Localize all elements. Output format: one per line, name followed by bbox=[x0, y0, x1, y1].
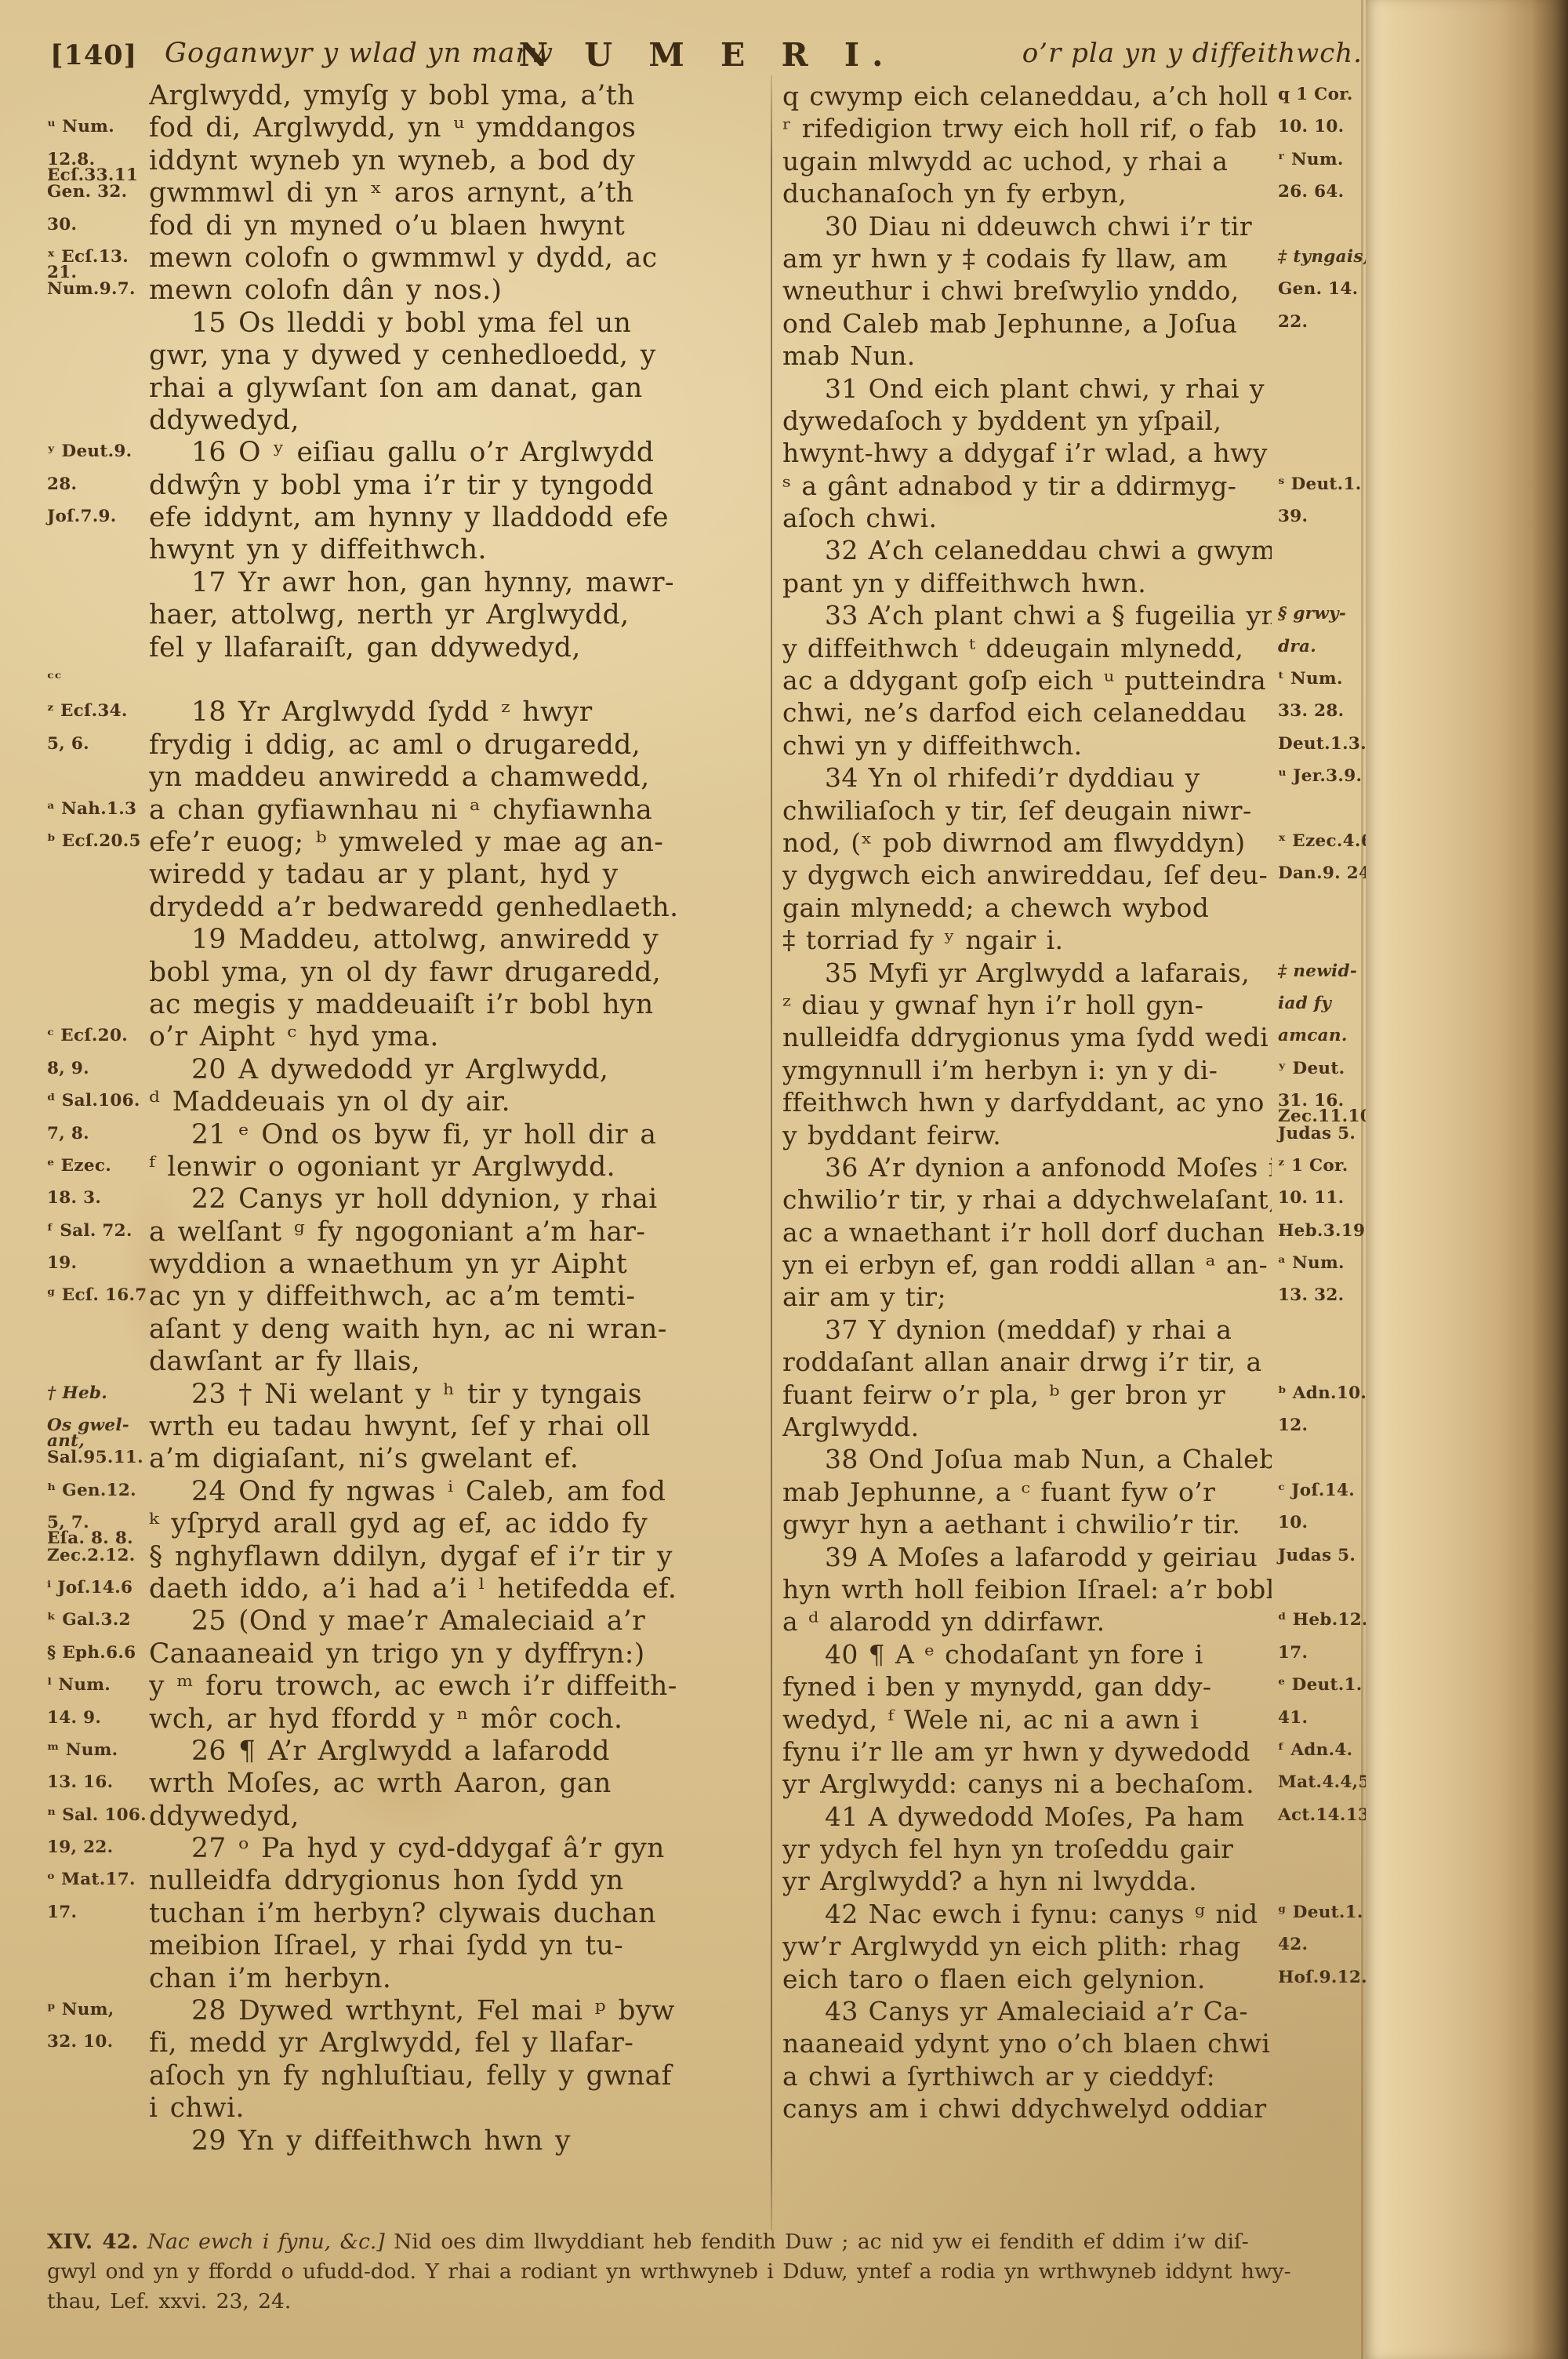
verse-text: daeth iddo, a’i had a’i ˡ hetifedda ef. bbox=[149, 1573, 760, 1605]
next-page-text-fragment bbox=[1366, 1925, 1568, 2088]
margin-note bbox=[1272, 2027, 1375, 2059]
verse-text: 36 A’r dynion a anfonodd Moſes i bbox=[782, 1151, 1272, 1183]
next-page-text-fragment bbox=[1366, 561, 1568, 725]
next-page-text-fragment bbox=[1366, 0, 1568, 135]
text-line: § grwy- 33 A’ch plant chwi a § fugeilia … bbox=[782, 599, 1375, 631]
next-page-text-fragment bbox=[1366, 1408, 1568, 1572]
text-line: ᵘ Num. fod di, Arglwydd, yn ᵘ ymddangos bbox=[47, 112, 760, 144]
margin-note: ᵃ Nah.1.3 bbox=[47, 794, 149, 827]
text-line: 33. 28. chwi, ne’s darfod eich celanedda… bbox=[782, 696, 1375, 729]
text-line: 7, 8. 21 ᵉ Ond os byw fi, yr holl dir a bbox=[47, 1119, 760, 1151]
margin-note: 33. 28. bbox=[1272, 696, 1375, 729]
text-line: ddywedyd, bbox=[47, 405, 760, 437]
text-line: ʸ Deut.9. 16 O ʸ eiſiau gallu o’r Arglwy… bbox=[47, 437, 760, 469]
text-line: ˢ Deut.1. ˢ a gânt adnabod y tir a ddirm… bbox=[782, 470, 1375, 502]
margin-note: 12. bbox=[1272, 1411, 1375, 1443]
margin-note: iad fy bbox=[1272, 989, 1375, 1021]
verse-text: naaneaid ydynt yno o’ch blaen chwi, bbox=[782, 2027, 1272, 2059]
verse-text: yr ydych fel hyn yn troſeddu gair bbox=[782, 1833, 1272, 1865]
next-page-text-fragment bbox=[1366, 1114, 1568, 1278]
margin-note: ᵃ Num. bbox=[1272, 1249, 1375, 1281]
text-line: ᵐ Num. 26 ¶ A’r Arglwydd a lafarodd bbox=[47, 1736, 760, 1768]
verse-text: 18 Yr Arglwydd ſydd ᶻ hwyr bbox=[149, 696, 760, 729]
verse-text: rhai a glywſant ſon am danat, gan bbox=[149, 373, 760, 405]
next-page-text-fragment bbox=[1366, 782, 1568, 946]
next-page-text-fragment bbox=[1366, 8, 1568, 172]
margin-note: ᵉ Deut.1. bbox=[1272, 1670, 1375, 1703]
next-page-text-fragment bbox=[1366, 856, 1568, 1020]
verse-text: wedyd, ᶠ Wele ni, ac ni a awn i bbox=[782, 1703, 1272, 1736]
verse-text: ffeithwch hwn y darfyddant, ac yno bbox=[782, 1086, 1272, 1118]
text-line: § Eph.6.6 Canaaneaid yn trigo yn y dyffr… bbox=[47, 1638, 760, 1670]
margin-note: 41. bbox=[1272, 1703, 1375, 1736]
text-line: 30 Diau ni ddeuwch chwi i’r tir bbox=[782, 210, 1375, 242]
margin-note bbox=[1272, 405, 1375, 437]
margin-note: † Heb. bbox=[47, 1379, 149, 1411]
text-line: 22. ond Caleb mab Jephunne, a Joſua bbox=[782, 307, 1375, 340]
next-page-text-fragment bbox=[1366, 671, 1568, 835]
verse-text: 29 Yn y diffeithwch hwn y bbox=[149, 2125, 760, 2157]
text-line: ᶻ Ecſ.34. 18 Yr Arglwydd ſydd ᶻ hwyr bbox=[47, 696, 760, 729]
footnote-line: thau, Lef. xxvi. 23, 24. bbox=[47, 2287, 1374, 2317]
footnote-text: Nid oes dim llwyddiant heb fendith Duw ;… bbox=[394, 2230, 1249, 2254]
text-line: ‡ newid- 35 Myfi yr Arglwydd a lafarais, bbox=[782, 957, 1375, 989]
text-line: hyn wrth holl feibion Iſrael: a’r bobl bbox=[782, 1573, 1375, 1605]
margin-note bbox=[1272, 1314, 1375, 1346]
next-page-text-fragment bbox=[1366, 966, 1568, 1130]
verse-text: 16 O ʸ eiſiau gallu o’r Arglwydd bbox=[149, 437, 760, 469]
verse-text: § nghyflawn ddilyn, dygaf ef i’r tir y bbox=[149, 1541, 760, 1573]
margin-note: 22. bbox=[1272, 307, 1375, 340]
margin-note: § grwy- bbox=[1272, 599, 1375, 631]
verse-text: 15 Os lleddi y bobl yma fel un bbox=[149, 307, 760, 340]
verse-text: ond Caleb mab Jephunne, a Joſua bbox=[782, 307, 1272, 340]
margin-note bbox=[47, 859, 149, 891]
verse-text: 37 Y dynion (meddaf) y rhai a bbox=[782, 1314, 1272, 1346]
next-page-text-fragment bbox=[1366, 229, 1568, 393]
next-page-text-fragment bbox=[1366, 1003, 1568, 1167]
verse-text: wrth Moſes, ac wrth Aaron, gan bbox=[149, 1768, 760, 1800]
text-line: naaneaid ydynt yno o’ch blaen chwi, bbox=[782, 2027, 1375, 2059]
next-page-text-fragment bbox=[1366, 745, 1568, 909]
text-line: ᵃ Num. yn ei erbyn ef, gan roddi allan ᵃ… bbox=[782, 1249, 1375, 1281]
text-line: yn maddeu anwiredd a chamwedd, bbox=[47, 761, 760, 794]
verse-text: 30 Diau ni ddeuwch chwi i’r tir bbox=[782, 210, 1272, 242]
commentary-footnote: XIV. 42. Nac ewch i fynu, &c.] Nid oes d… bbox=[47, 2227, 1374, 2317]
text-line: Arglwydd, ymyſg y bobl yma, a’th bbox=[47, 80, 760, 112]
margin-note: 31. 16. Zec.11.10 bbox=[1272, 1086, 1375, 1118]
footnote-reference: XIV. 42. bbox=[47, 2230, 138, 2254]
verse-text: yn ei erbyn ef, gan roddi allan ᵃ an- bbox=[782, 1249, 1272, 1281]
margin-note: ᶜᶜ bbox=[47, 664, 149, 696]
verse-text: 34 Yn ol rhifedi’r dyddiau y bbox=[782, 761, 1272, 794]
verse-text: efe’r euog; ᵇ ymweled y mae ag an- bbox=[149, 827, 760, 859]
verse-text: bobl yma, yn ol dy fawr drugaredd, bbox=[149, 957, 760, 989]
margin-note bbox=[1272, 924, 1375, 956]
verse-text: mab Nun. bbox=[782, 340, 1272, 372]
margin-note: ᵖ Num, bbox=[47, 1995, 149, 2027]
verse-text bbox=[149, 664, 760, 696]
text-line: 14. 9. wch, ar hyd ffordd y ⁿ môr coch. bbox=[47, 1703, 760, 1736]
text-line: ᵉ Ezec. ᶠ lenwir o ogoniant yr Arglwydd. bbox=[47, 1151, 760, 1183]
verse-text: yn maddeu anwiredd a chamwedd, bbox=[149, 761, 760, 794]
margin-note bbox=[47, 599, 149, 631]
verse-text: 38 Ond Joſua mab Nun, a Chaleb bbox=[782, 1443, 1272, 1475]
margin-note bbox=[47, 567, 149, 599]
next-page-text-fragment bbox=[1366, 303, 1568, 467]
verse-text: efe iddynt, am hynny y lladdodd efe bbox=[149, 502, 760, 534]
margin-note: ᶜ Ecſ.20. bbox=[47, 1021, 149, 1053]
text-line: aſant y deng waith hyn, ac ni wran- bbox=[47, 1314, 760, 1346]
margin-note: ʳ Num. bbox=[1272, 145, 1375, 177]
margin-note: ᵘ Jer.3.9. bbox=[1272, 761, 1375, 794]
margin-note: ᵇ Ecſ.20.5 bbox=[47, 827, 149, 859]
text-line: ʳ Num. ugain mlwydd ac uchod, y rhai a bbox=[782, 145, 1375, 177]
next-page-text-fragment bbox=[1366, 1556, 1568, 1720]
verse-text: ᶠ lenwir o ogoniant yr Arglwydd. bbox=[149, 1151, 760, 1183]
text-line: ac megis y maddeuaiſt i’r bobl hyn bbox=[47, 989, 760, 1021]
text-line: Sal.95.11. a’m digiaſant, ni’s gwelant e… bbox=[47, 1443, 760, 1475]
next-page-text-fragment bbox=[1366, 155, 1568, 319]
margin-note bbox=[47, 761, 149, 794]
margin-note bbox=[1272, 1573, 1375, 1605]
next-page-text-fragment bbox=[1366, 266, 1568, 430]
next-page-text-fragment bbox=[1366, 1814, 1568, 1978]
margin-note: ᵈ Heb.12. bbox=[1272, 1605, 1375, 1637]
margin-note: 10. bbox=[1272, 1508, 1375, 1540]
text-line: 5, 7. Eſa. 8. 8. ᵏ yſpryd arall gyd ag e… bbox=[47, 1508, 760, 1540]
verse-text: q cwymp eich celaneddau, a’ch holl bbox=[782, 80, 1272, 112]
next-page-text-fragment bbox=[1366, 1961, 1568, 2125]
margin-note: ᵒ Mat.17. bbox=[47, 1865, 149, 1897]
verse-text: dawſant ar fy llais, bbox=[149, 1346, 760, 1378]
verse-text: chwilio’r tir, y rhai a ddychwelaſant, bbox=[782, 1183, 1272, 1216]
text-line: ˣ Ezec.4.6 nod, (ˣ pob diwrnod am flwydd… bbox=[782, 827, 1375, 859]
text-line: ᵒ Mat.17. nulleidfa ddrygionus hon ſydd … bbox=[47, 1865, 760, 1897]
margin-note: ᵗ Num. bbox=[1272, 664, 1375, 696]
next-page-text-fragment bbox=[1366, 0, 1568, 24]
margin-note: 5, 6. bbox=[47, 729, 149, 761]
text-line: hwynt yn y diffeithwch. bbox=[47, 534, 760, 566]
margin-note: 7, 8. bbox=[47, 1119, 149, 1151]
margin-note: 32. 10. bbox=[47, 2027, 149, 2059]
margin-note bbox=[47, 957, 149, 989]
verse-text: yr Arglwydd: canys ni a bechaſom. bbox=[782, 1768, 1272, 1800]
text-line: ᵇ Adn.10. fuant feirw o’r pla, ᵇ ger bro… bbox=[782, 1379, 1375, 1411]
verse-text: ‡ torriad fy ʸ ngair i. bbox=[782, 924, 1272, 956]
text-line: ᶻ 1 Cor. 36 A’r dynion a anfonodd Moſes … bbox=[782, 1151, 1375, 1183]
text-line: † Heb. 23 † Ni welant y ʰ tir y tyngais bbox=[47, 1379, 760, 1411]
margin-note: 8, 9. bbox=[47, 1054, 149, 1086]
next-page-text-fragment bbox=[1366, 892, 1568, 1056]
verse-text: roddaſant allan anair drwg i’r tir, a bbox=[782, 1346, 1272, 1378]
next-page-text-fragment bbox=[1366, 118, 1568, 282]
margin-note bbox=[47, 80, 149, 112]
text-line: ‡ torriad fy ʸ ngair i. bbox=[782, 924, 1375, 956]
verse-text: fyned i ben y mynydd, gan ddy- bbox=[782, 1670, 1272, 1703]
margin-note: Heb.3.19. bbox=[1272, 1216, 1375, 1249]
verse-text: aſant y deng waith hyn, ac ni wran- bbox=[149, 1314, 760, 1346]
margin-note: 13. 16. bbox=[47, 1768, 149, 1800]
verse-text: canys am i chwi ddychwelyd oddiar bbox=[782, 2092, 1272, 2125]
margin-note: Judas 5. bbox=[1272, 1541, 1375, 1573]
next-page-text-fragment bbox=[1366, 1593, 1568, 1757]
verse-text: gwmmwl di yn ˣ aros arnynt, a’th bbox=[149, 177, 760, 209]
verse-text: ac a wnaethant i’r holl dorf duchan bbox=[782, 1216, 1272, 1249]
margin-note bbox=[47, 534, 149, 566]
text-line: 41. wedyd, ᶠ Wele ni, ac ni a awn i bbox=[782, 1703, 1375, 1736]
verse-text: ᵈ Maddeuais yn ol dy air. bbox=[149, 1086, 760, 1118]
text-line: gwr, yna y dywed y cenhedloedd, y bbox=[47, 340, 760, 372]
margin-note: ᶠ Adn.4. bbox=[1272, 1736, 1375, 1768]
verse-text: a welſant ᵍ fy ngogoniant a’m har- bbox=[149, 1216, 760, 1249]
margin-note: ʰ Gen.12. bbox=[47, 1476, 149, 1508]
margin-note: ⁿ Sal. 106. bbox=[47, 1801, 149, 1833]
margin-note: ˡ Num. bbox=[47, 1670, 149, 1703]
next-page-text-fragment bbox=[1366, 1519, 1568, 1683]
next-page-text-fragment bbox=[1366, 413, 1568, 577]
margin-note: 26. 64. bbox=[1272, 177, 1375, 209]
text-line: chan i’m herbyn. bbox=[47, 1963, 760, 1995]
text-line: 29 Yn y diffeithwch hwn y bbox=[47, 2125, 760, 2157]
verse-text: 26 ¶ A’r Arglwydd a lafarodd bbox=[149, 1736, 760, 1768]
margin-note: Num.9.7. bbox=[47, 274, 149, 307]
verse-text: chwi yn y diffeithwch. bbox=[782, 729, 1272, 761]
text-line: ᵏ Gal.3.2 25 (Ond y mae’r Amaleciaid a’r bbox=[47, 1605, 760, 1637]
verse-text: yw’r Arglwydd yn eich plith: rhag bbox=[782, 1930, 1272, 1962]
margin-note bbox=[1272, 1865, 1375, 1897]
verse-text: 24 Ond fy ngwas ⁱ Caleb, am fod bbox=[149, 1476, 760, 1508]
margin-note: 10. 10. bbox=[1272, 112, 1375, 144]
next-page-text-fragment bbox=[1366, 1851, 1568, 2015]
margin-note: Gen. 14. bbox=[1272, 274, 1375, 307]
margin-note: ᵉ Ezec. bbox=[47, 1151, 149, 1183]
footnote-line: gwyl ond yn y ffordd o ufudd-dod. Y rhai… bbox=[47, 2257, 1374, 2287]
text-line: 28. ddwŷn y bobl yma i’r tir y tyngodd bbox=[47, 470, 760, 502]
verse-text: iddynt wyneb yn wyneb, a bod dy bbox=[149, 145, 760, 177]
next-page-text-fragment bbox=[1366, 929, 1568, 1093]
margin-note: 19. bbox=[47, 1249, 149, 1281]
text-line: Act.14.13 41 A dywedodd Moſes, Pa ham bbox=[782, 1801, 1375, 1833]
text-line: ‡ tyngais, am yr hwn y ‡ codais fy llaw,… bbox=[782, 242, 1375, 274]
text-line: Judas 5. 39 A Moſes a lafarodd y geiriau bbox=[782, 1541, 1375, 1573]
margin-note: ˣ Ecſ.13. 21. bbox=[47, 242, 149, 274]
text-line: dawſant ar fy llais, bbox=[47, 1346, 760, 1378]
text-line: ʰ Gen.12. 24 Ond fy ngwas ⁱ Caleb, am fo… bbox=[47, 1476, 760, 1508]
text-line: 43 Canys yr Amaleciaid a’r Ca- bbox=[782, 1995, 1375, 2027]
text-line: ᵖ Num, 28 Dywed wrthynt, Fel mai ᵖ byw bbox=[47, 1995, 760, 2027]
verse-text: a ᵈ alarodd yn ddirfawr. bbox=[782, 1605, 1272, 1637]
text-line: canys am i chwi ddychwelyd oddiar bbox=[782, 2092, 1375, 2125]
margin-note bbox=[1272, 373, 1375, 405]
margin-note: ‡ newid- bbox=[1272, 957, 1375, 989]
verse-text: Arglwydd. bbox=[782, 1411, 1272, 1443]
verse-text: o’r Aipht ᶜ hyd yma. bbox=[149, 1021, 760, 1053]
next-page-text-fragment bbox=[1366, 1224, 1568, 1388]
margin-note: ᵐ Num. bbox=[47, 1736, 149, 1768]
text-line: ᶜ Joſ.14. mab Jephunne, a ᶜ fuant fyw o’… bbox=[782, 1476, 1375, 1508]
margin-note: Judas 5. bbox=[1272, 1119, 1375, 1151]
next-page-text-fragment bbox=[1366, 1445, 1568, 1609]
margin-note bbox=[1272, 340, 1375, 372]
text-line: 18. 3. 22 Canys yr holl ddynion, y rhai bbox=[47, 1183, 760, 1216]
verse-text: haer, attolwg, nerth yr Arglwydd, bbox=[149, 599, 760, 631]
text-line: mab Nun. bbox=[782, 340, 1375, 372]
verse-text: ac yn y diffeithwch, ac a’m temti- bbox=[149, 1281, 760, 1313]
verse-text: 22 Canys yr holl ddynion, y rhai bbox=[149, 1183, 760, 1216]
verse-text: mewn colofn o gwmmwl y dydd, ac bbox=[149, 242, 760, 274]
text-line: 32. 10. fi, medd yr Arglwydd, fel y llaf… bbox=[47, 2027, 760, 2059]
margin-note bbox=[1272, 1833, 1375, 1865]
next-page-text-fragment bbox=[1366, 1150, 1568, 1314]
next-page-text-fragment bbox=[1366, 340, 1568, 503]
verse-text: 17 Yr awr hon, gan hynny, mawr- bbox=[149, 567, 760, 599]
text-line: Hoſ.9.12. eich taro o flaen eich gelynio… bbox=[782, 1963, 1375, 1995]
next-page-text-fragment bbox=[1366, 1482, 1568, 1646]
margin-note: ᶻ Ecſ.34. bbox=[47, 696, 149, 729]
margin-note: 13. 32. bbox=[1272, 1281, 1375, 1313]
page-edge-line bbox=[1361, 0, 1363, 2359]
margin-note bbox=[1272, 437, 1375, 469]
text-line: ʸ Deut. ymgynnull i’m herbyn i: yn y di- bbox=[782, 1054, 1375, 1086]
text-line: pant yn y diffeithwch hwn. bbox=[782, 567, 1375, 599]
margin-note bbox=[1272, 534, 1375, 566]
next-page-text-fragment bbox=[1366, 1261, 1568, 1425]
verse-text: ʳ rifedigion trwy eich holl rif, o fab bbox=[782, 112, 1272, 144]
text-line: ˡ Num. y ᵐ foru trowch, ac ewch i’r diff… bbox=[47, 1670, 760, 1703]
text-line: 42. yw’r Arglwydd yn eich plith: rhag bbox=[782, 1930, 1375, 1962]
next-page-text-fragment bbox=[1366, 487, 1568, 651]
margin-note: 28. bbox=[47, 470, 149, 502]
text-line: Heb.3.19. ac a wnaethant i’r holl dorf d… bbox=[782, 1216, 1375, 1249]
verse-text: ᶻ diau y gwnaf hyn i’r holl gyn- bbox=[782, 989, 1272, 1021]
verse-text: yr Arglwydd? a hyn ni lwydda. bbox=[782, 1865, 1272, 1897]
verse-text: fi, medd yr Arglwydd, fel y llafar- bbox=[149, 2027, 760, 2059]
text-line: ᵉ Deut.1. fyned i ben y mynydd, gan ddy- bbox=[782, 1670, 1375, 1703]
text-line: ᵇ Ecſ.20.5 efe’r euog; ᵇ ymweled y mae a… bbox=[47, 827, 760, 859]
next-page-text-fragment bbox=[1366, 524, 1568, 688]
next-page-text-fragment bbox=[1366, 192, 1568, 356]
margin-note: ᶻ 1 Cor. bbox=[1272, 1151, 1375, 1183]
text-line: ᶜᶜ bbox=[47, 664, 760, 696]
text-line: meibion Iſrael, y rhai ſydd yn tu- bbox=[47, 1930, 760, 1962]
next-page-text-fragment bbox=[1366, 1777, 1568, 1941]
verse-text: mewn colofn dân y nos.) bbox=[149, 274, 760, 307]
margin-note bbox=[1272, 1995, 1375, 2027]
verse-text: 20 A dywedodd yr Arglwydd, bbox=[149, 1054, 760, 1086]
text-line: a chwi a ſyrthiwch ar y cieddyf: bbox=[782, 2060, 1375, 2092]
margin-note: ˢ Deut.1. bbox=[1272, 470, 1375, 502]
text-line: chwiliaſoch y tir, ſef deugain niwr- bbox=[782, 794, 1375, 827]
next-page-text-fragment bbox=[1366, 1298, 1568, 1462]
verse-text: meibion Iſrael, y rhai ſydd yn tu- bbox=[149, 1930, 760, 1962]
text-line: 19. wyddion a wnaethum yn yr Aipht bbox=[47, 1249, 760, 1281]
margin-note: Gen. 32. bbox=[47, 177, 149, 209]
margin-note: Mat.4.4,5 bbox=[1272, 1768, 1375, 1800]
margin-note: Act.14.13 bbox=[1272, 1801, 1375, 1833]
verse-text: ugain mlwydd ac uchod, y rhai a bbox=[782, 145, 1272, 177]
margin-note: 39. bbox=[1272, 502, 1375, 534]
verse-text: tuchan i’m herbyn? clywais duchan bbox=[149, 1898, 760, 1930]
text-line: Zec.2.12. § nghyflawn ddilyn, dygaf ef i… bbox=[47, 1541, 760, 1573]
verse-text: ddwŷn y bobl yma i’r tir y tyngodd bbox=[149, 470, 760, 502]
verse-text: ᵏ yſpryd arall gyd ag ef, ac iddo fy bbox=[149, 1508, 760, 1540]
verse-text: nulleidfa ddrygionus hon ſydd yn bbox=[149, 1865, 760, 1897]
text-line: ⁱ Joſ.14.6 daeth iddo, a’i had a’i ˡ het… bbox=[47, 1573, 760, 1605]
text-line: ˣ Ecſ.13. 21. mewn colofn o gwmmwl y dyd… bbox=[47, 242, 760, 274]
margin-note: 12.8. Ecſ.33.11 bbox=[47, 145, 149, 177]
next-page-text-fragment bbox=[1366, 450, 1568, 614]
margin-note bbox=[47, 2125, 149, 2157]
verse-text: i chwi. bbox=[149, 2092, 760, 2125]
verse-text: chan i’m herbyn. bbox=[149, 1963, 760, 1995]
footnote-lemma: Nac ewch i fynu, &c.] bbox=[147, 2230, 385, 2254]
left-column: Arglwydd, ymyſg y bobl yma, a’th ᵘ Num. … bbox=[47, 80, 760, 2157]
next-page-text-fragment bbox=[1366, 1187, 1568, 1351]
next-page-text-fragment bbox=[1366, 1740, 1568, 1904]
next-page-text-fragment bbox=[1366, 1372, 1568, 1536]
verse-text: nod, (ˣ pob diwrnod am flwyddyn) bbox=[782, 827, 1272, 859]
verse-text: wyddion a wnaethum yn yr Aipht bbox=[149, 1249, 760, 1281]
margin-note: ˣ Ezec.4.6 bbox=[1272, 827, 1375, 859]
text-line: q 1 Cor. q cwymp eich celaneddau, a’ch h… bbox=[782, 80, 1375, 112]
verse-text: wrth eu tadau hwynt, ſef y rhai oll bbox=[149, 1411, 760, 1443]
margin-note: amcan. bbox=[1272, 1021, 1375, 1053]
verse-text: Canaaneaid yn trigo yn y dyffryn:) bbox=[149, 1638, 760, 1670]
text-line: Deut.1.3. chwi yn y diffeithwch. bbox=[782, 729, 1375, 761]
verse-text: aſoch chwi. bbox=[782, 502, 1272, 534]
verse-text: air am y tir; bbox=[782, 1281, 1272, 1313]
margin-note: ʸ Deut.9. bbox=[47, 437, 149, 469]
verse-text: gwyr hyn a aethant i chwilio’r tir. bbox=[782, 1508, 1272, 1540]
verse-text: ddywedyd, bbox=[149, 1801, 760, 1833]
margin-note bbox=[47, 1930, 149, 1962]
verse-text: y diffeithwch ᵗ ddeugain mlynedd, bbox=[782, 632, 1272, 664]
verse-text: chwi, ne’s darfod eich celaneddau bbox=[782, 696, 1272, 729]
text-line: ᵍ Ecſ. 16.7 ac yn y diffeithwch, ac a’m … bbox=[47, 1281, 760, 1313]
next-page-text-fragment bbox=[1366, 0, 1568, 61]
text-line: Joſ.7.9. efe iddynt, am hynny y lladdodd… bbox=[47, 502, 760, 534]
verse-text: 32 A’ch celaneddau chwi a gwym- bbox=[782, 534, 1272, 566]
column-divider-rule bbox=[771, 75, 772, 2230]
margin-note bbox=[1272, 567, 1375, 599]
margin-note bbox=[47, 405, 149, 437]
verse-text: wneuthur i chwi breſwylio ynddo, bbox=[782, 274, 1272, 307]
next-page-text-fragment bbox=[1366, 1077, 1568, 1241]
text-line: Dan.9. 24 y dygwch eich anwireddau, ſef … bbox=[782, 859, 1375, 891]
verse-text: ymgynnull i’m herbyn i: yn y di- bbox=[782, 1054, 1272, 1086]
margin-note bbox=[1272, 210, 1375, 242]
margin-note bbox=[47, 1314, 149, 1346]
verse-text: hwynt-hwy a ddygaf i’r wlad, a hwy bbox=[782, 437, 1272, 469]
verse-text: hwynt yn y diffeithwch. bbox=[149, 534, 760, 566]
running-title-right: o’r pla yn y diffeithwch. bbox=[1022, 38, 1363, 69]
text-line: Judas 5. y byddant feirw. bbox=[782, 1119, 1375, 1151]
margin-note bbox=[47, 2060, 149, 2092]
verse-text: 40 ¶ A ᵉ chodaſant yn fore i bbox=[782, 1638, 1272, 1670]
margin-note bbox=[47, 892, 149, 924]
text-line: ᵘ Jer.3.9. 34 Yn ol rhifedi’r dyddiau y bbox=[782, 761, 1375, 794]
verse-text: 43 Canys yr Amaleciaid a’r Ca- bbox=[782, 1995, 1272, 2027]
text-line: gain mlynedd; a chewch wybod bbox=[782, 892, 1375, 924]
next-page-text-fragment bbox=[1366, 598, 1568, 761]
margin-note bbox=[1272, 2092, 1375, 2125]
verse-text: y byddant feirw. bbox=[782, 1119, 1272, 1151]
verse-text: y dygwch eich anwireddau, ſef deu- bbox=[782, 859, 1272, 891]
verse-text: 33 A’ch plant chwi a § fugeilia yn bbox=[782, 599, 1272, 631]
text-line: 17. tuchan i’m herbyn? clywais duchan bbox=[47, 1898, 760, 1930]
text-line: 19, 22. 27 ᵒ Pa hyd y cyd-ddygaf â’r gyn bbox=[47, 1833, 760, 1865]
